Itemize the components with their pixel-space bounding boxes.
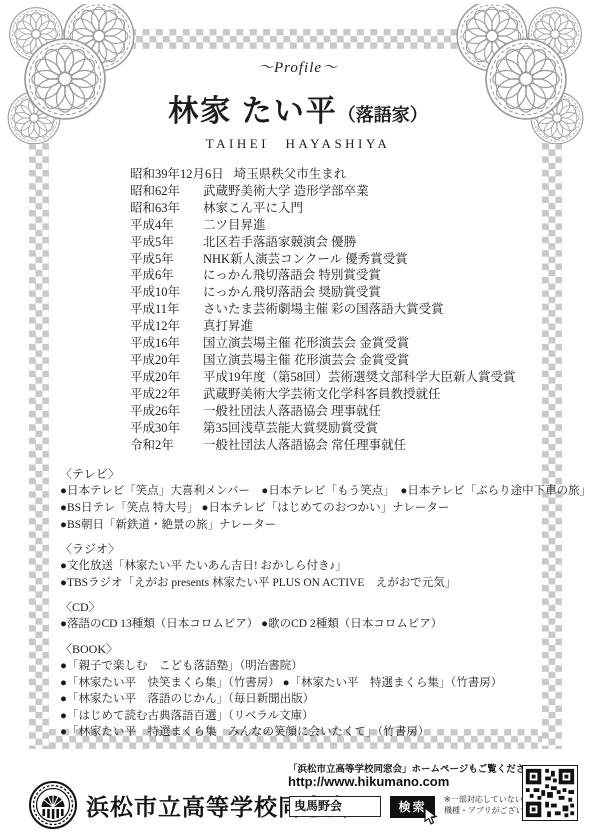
footer: 浜松市立高等学校同窓会 「浜松市立高等学校同窓会」ホームページもご覧ください。 … bbox=[0, 749, 591, 840]
timeline-row: 平成6年 にっかん飛切落語会 特別賞受賞 bbox=[130, 267, 536, 284]
section-heading: 〈テレビ〉 bbox=[60, 466, 536, 483]
timeline-text: NHK新人演芸コンクール 優秀賞受賞 bbox=[203, 251, 408, 268]
section-heading: 〈CD〉 bbox=[60, 599, 536, 616]
timeline-year: 平成16年 bbox=[130, 335, 193, 352]
page-title: 林家 たい平（落語家） bbox=[60, 86, 536, 130]
timeline-text: さいたま芸術劇場主催 彩の国落語大賞受賞 bbox=[203, 301, 444, 318]
profile-content: 〜Profile〜 林家 たい平（落語家） TAIHEI HAYASHIYA 昭… bbox=[60, 56, 536, 749]
timeline-year: 昭和63年 bbox=[130, 200, 193, 217]
section-radio: 〈ラジオ〉 ●文化放送「林家たい平 たいあん吉日! おかしら付き♪」●TBSラジ… bbox=[60, 541, 536, 591]
timeline-year: 平成26年 bbox=[130, 403, 193, 420]
section-heading: 〈ラジオ〉 bbox=[60, 541, 536, 558]
section-line: ●TBSラジオ「えがお presents 林家たい平 PLUS ON ACTIV… bbox=[60, 575, 536, 592]
timeline-year: 平成5年 bbox=[130, 251, 193, 268]
timeline-text: 一般社団法人落語協会 理事就任 bbox=[203, 403, 381, 420]
timeline-row: 平成5年 北区若手落語家競演会 優勝 bbox=[130, 234, 536, 251]
timeline-year: 平成11年 bbox=[130, 301, 193, 318]
timeline-text: 北区若手落語家競演会 優勝 bbox=[203, 234, 356, 251]
timeline-row: 平成12年 真打昇進 bbox=[130, 318, 536, 335]
timeline-row: 平成5年 NHK新人演芸コンクール 優秀賞受賞 bbox=[130, 251, 536, 268]
section-lines: ●日本テレビ「笑点」大喜利メンバー ●日本テレビ「もう笑点」 ●日本テレビ「ぶら… bbox=[60, 483, 536, 533]
section-lines: ●落語のCD 13種類（日本コロムビア） ●歌のCD 2種類（日本コロムビア） bbox=[60, 616, 536, 633]
timeline-text: 国立演芸場主催 花形演芸会 金賞受賞 bbox=[203, 335, 409, 352]
media-sections: 〈テレビ〉 ●日本テレビ「笑点」大喜利メンバー ●日本テレビ「もう笑点」 ●日本… bbox=[60, 466, 536, 741]
timeline-year: 昭和62年 bbox=[130, 183, 193, 200]
school-emblem-logo bbox=[28, 780, 78, 830]
timeline-text: 平成19年度（第58回）芸術選奨文部科学大臣新人賞受賞 bbox=[203, 369, 516, 386]
section-lines: ●「親子で楽しむ こども落語塾」（明治書院）●「林家たい平 快笑まくら集」（竹書… bbox=[60, 658, 536, 741]
timeline-text: 国立演芸場主催 花形演芸会 金賞受賞 bbox=[203, 352, 409, 369]
timeline-text: 二ツ目昇進 bbox=[203, 217, 266, 234]
section-line: ●「林家たい平 落語のじかん」（毎日新聞出版） bbox=[60, 691, 536, 708]
section-cd: 〈CD〉 ●落語のCD 13種類（日本コロムビア） ●歌のCD 2種類（日本コロ… bbox=[60, 599, 536, 633]
timeline-row: 平成30年 第35回浅草芸能大賞奨励賞受賞 bbox=[130, 420, 536, 437]
timeline-row: 平成22年 武蔵野美術大学芸術文化学科客員教授就任 bbox=[130, 386, 536, 403]
timeline-row: 平成20年 国立演芸場主催 花形演芸会 金賞受賞 bbox=[130, 352, 536, 369]
section-line: ●「親子で楽しむ こども落語塾」（明治書院） bbox=[60, 658, 536, 675]
timeline-text: 武蔵野美術大学芸術文化学科客員教授就任 bbox=[203, 386, 441, 403]
timeline-year: 平成30年 bbox=[130, 420, 193, 437]
timeline-text: 武蔵野美術大学 造形学部卒業 bbox=[203, 183, 369, 200]
section-line: ●落語のCD 13種類（日本コロムビア） ●歌のCD 2種類（日本コロムビア） bbox=[60, 616, 536, 633]
performer-name: 林家 たい平 bbox=[168, 95, 338, 128]
section-book: 〈BOOK〉 ●「親子で楽しむ こども落語塾」（明治書院）●「林家たい平 快笑ま… bbox=[60, 641, 536, 741]
timeline-year: 令和2年 bbox=[130, 437, 193, 454]
section-line: ●文化放送「林家たい平 たいあん吉日! おかしら付き♪」 bbox=[60, 558, 536, 575]
timeline-row: 平成4年 二ツ目昇進 bbox=[130, 217, 536, 234]
section-line: ●「林家たい平 特選まくら集 みんなの笑顔に会いたくて」（竹書房） bbox=[60, 724, 536, 741]
timeline-row: 昭和63年 林家こん平に入門 bbox=[130, 200, 536, 217]
timeline-text: 真打昇進 bbox=[203, 318, 253, 335]
timeline-row: 令和2年 一般社団法人落語協会 常任理事就任 bbox=[130, 437, 536, 454]
timeline-year: 平成22年 bbox=[130, 386, 193, 403]
performer-name-romaji: TAIHEI HAYASHIYA bbox=[60, 133, 536, 152]
timeline-text: 林家こん平に入門 bbox=[203, 200, 303, 217]
timeline-row: 平成20年 平成19年度（第58回）芸術選奨文部科学大臣新人賞受賞 bbox=[130, 369, 536, 386]
scanned-profile-flyer: 〜Profile〜 林家 たい平（落語家） TAIHEI HAYASHIYA 昭… bbox=[0, 0, 591, 840]
timeline-row: 平成10年 にっかん飛切落語会 奨励賞受賞 bbox=[130, 284, 536, 301]
section-line: ●BS日テレ「笑点 特大号」 ●日本テレビ「はじめてのおつかい」ナレーター bbox=[60, 500, 536, 517]
timeline-text: 埼玉県秩父市生まれ bbox=[234, 166, 347, 183]
section-line: ●「林家たい平 快笑まくら集」（竹書房） ●「林家たい平 特選まくら集」（竹書房… bbox=[60, 675, 536, 692]
qr-code bbox=[522, 765, 578, 821]
section-tv: 〈テレビ〉 ●日本テレビ「笑点」大喜利メンバー ●日本テレビ「もう笑点」 ●日本… bbox=[60, 466, 536, 533]
timeline-year: 昭和39年12月6日 bbox=[130, 166, 224, 183]
timeline-text: にっかん飛切落語会 特別賞受賞 bbox=[203, 267, 381, 284]
timeline-text: にっかん飛切落語会 奨励賞受賞 bbox=[203, 284, 381, 301]
timeline-year: 平成6年 bbox=[130, 267, 193, 284]
timeline-row: 昭和62年 武蔵野美術大学 造形学部卒業 bbox=[130, 183, 536, 200]
performer-role: （落語家） bbox=[338, 105, 428, 125]
timeline-year: 平成20年 bbox=[130, 369, 193, 386]
career-timeline: 昭和39年12月6日 埼玉県秩父市生まれ 昭和62年 武蔵野美術大学 造形学部卒… bbox=[130, 166, 536, 453]
search-input: 曳馬野会 bbox=[289, 796, 381, 817]
timeline-year: 平成10年 bbox=[130, 284, 193, 301]
timeline-year: 平成4年 bbox=[130, 217, 193, 234]
section-lines: ●文化放送「林家たい平 たいあん吉日! おかしら付き♪」●TBSラジオ「えがお … bbox=[60, 558, 536, 591]
homepage-url: http://www.hikumano.com bbox=[288, 774, 449, 789]
timeline-year: 平成5年 bbox=[130, 234, 193, 251]
section-line: ●BS朝日「新鉄道・絶景の旅」ナレーター bbox=[60, 517, 536, 534]
timeline-text: 第35回浅草芸能大賞奨励賞受賞 bbox=[203, 420, 378, 437]
timeline-year: 平成12年 bbox=[130, 318, 193, 335]
section-heading: 〈BOOK〉 bbox=[60, 641, 536, 658]
section-line: ●日本テレビ「笑点」大喜利メンバー ●日本テレビ「もう笑点」 ●日本テレビ「ぶら… bbox=[60, 483, 536, 500]
timeline-row: 平成16年 国立演芸場主催 花形演芸会 金賞受賞 bbox=[130, 335, 536, 352]
mouse-cursor-icon bbox=[424, 807, 438, 825]
timeline-row: 平成11年 さいたま芸術劇場主催 彩の国落語大賞受賞 bbox=[130, 301, 536, 318]
timeline-row: 平成26年 一般社団法人落語協会 理事就任 bbox=[130, 403, 536, 420]
profile-label: 〜Profile〜 bbox=[60, 56, 536, 77]
timeline-year: 平成20年 bbox=[130, 352, 193, 369]
homepage-note: 「浜松市立高等学校同窓会」ホームページもご覧ください。 bbox=[288, 761, 544, 775]
timeline-row: 昭和39年12月6日 埼玉県秩父市生まれ bbox=[130, 166, 536, 183]
timeline-text: 一般社団法人落語協会 常任理事就任 bbox=[203, 437, 406, 454]
section-line: ●「はじめて読む古典落語百選」（リベラル文庫） bbox=[60, 708, 536, 725]
